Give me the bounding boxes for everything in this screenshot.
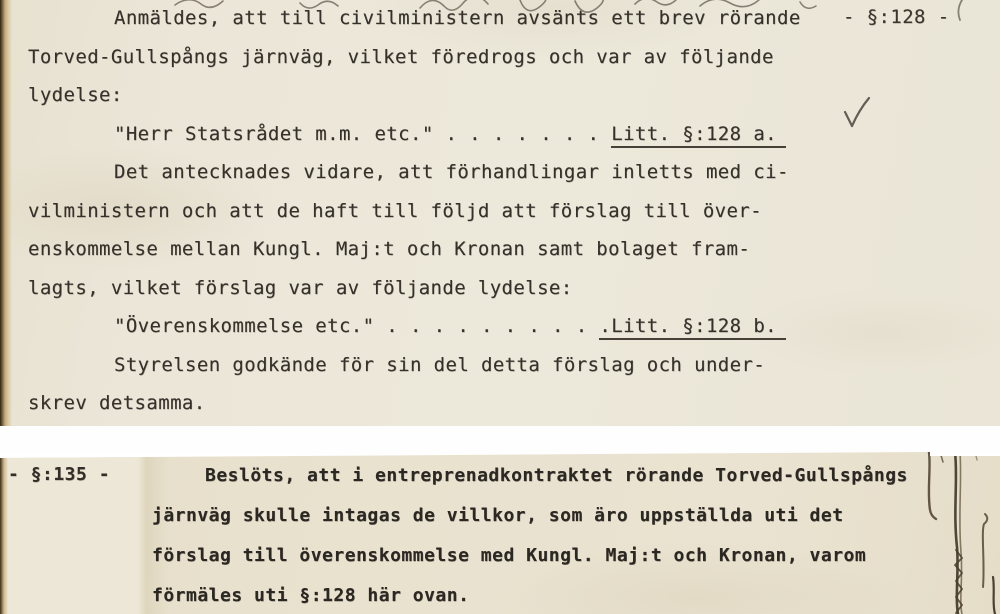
line-text: Beslöts, att i entreprenadkontraktet rör… [205,465,908,486]
typed-line: vilministern och att de haft till följd … [28,199,762,223]
line-text: förslag till överenskommelse med Kungl. … [152,545,866,566]
paper-left-edge [0,452,8,614]
typed-line: Beslöts, att i entreprenadkontraktet rör… [205,464,908,487]
document-page-bottom: - §:135 - Beslöts, att i entreprenadkont… [0,452,1000,614]
typed-line: Anmäldes, att till civilministern avsänt… [114,6,801,30]
typed-line: lydelse: [28,83,123,107]
typed-line: järnväg skulle intagas de villkor, som ä… [152,504,844,527]
litt-reference-underlined: .Litt. §:128 b. [599,315,786,340]
line-text: lydelse: [28,84,123,106]
line-text: järnväg skulle intagas de villkor, som ä… [152,505,844,526]
typed-line-litt-a: "Herr Statsrådet m.m. etc." . . . . . . … [114,122,786,146]
line-text: Det antecknades vidare, att förhandlinga… [114,161,789,183]
pencil-check-mark-icon [825,90,885,140]
scan-gap-divider [0,426,1000,454]
line-text: skrev detsamma. [28,392,206,414]
paragraph-number-margin-note: - §:128 - [843,6,950,28]
line-text: Anmäldes, att till civilministern avsänt… [114,7,801,29]
typed-line: lagts, vilket förslag var av följande ly… [28,276,573,300]
typed-line: skrev detsamma. [28,391,206,415]
typed-line: förslag till överenskommelse med Kungl. … [152,544,866,567]
typed-line: enskommelse mellan Kungl. Maj:t och Kron… [28,237,750,261]
line-text: enskommelse mellan Kungl. Maj:t och Kron… [28,238,750,260]
typed-line: Det antecknades vidare, att förhandlinga… [114,160,789,184]
document-page-top: Anmäldes, att till civilministern avsänt… [0,0,1000,426]
line-text: Styrelsen godkände för sin del detta för… [114,354,765,376]
litt-reference-underlined: Litt. §:128 a. [611,123,786,148]
typed-line: förmäles uti §:128 här ovan. [152,584,469,607]
line-text: Torved-Gullspångs järnväg, vilket föredr… [28,46,774,68]
paragraph-number-margin-note: - §:135 - [8,464,110,485]
line-text: förmäles uti §:128 här ovan. [152,585,469,606]
typed-line: Styrelsen godkände för sin del detta för… [114,353,765,377]
typed-line-litt-b: "Överenskommelse etc." . . . . . . . . .… [114,314,786,338]
binding-thread-icon [915,452,1000,614]
line-text: "Överenskommelse etc." . . . . . . . . . [114,315,599,337]
scanned-document: Anmäldes, att till civilministern avsänt… [0,0,1000,614]
line-text: lagts, vilket förslag var av följande ly… [28,277,573,299]
paper-left-edge [0,0,12,426]
line-text: vilministern och att de haft till följd … [28,200,762,222]
typed-line: Torved-Gullspångs järnväg, vilket föredr… [28,45,774,69]
line-text: "Herr Statsrådet m.m. etc." . . . . . . … [114,123,611,145]
